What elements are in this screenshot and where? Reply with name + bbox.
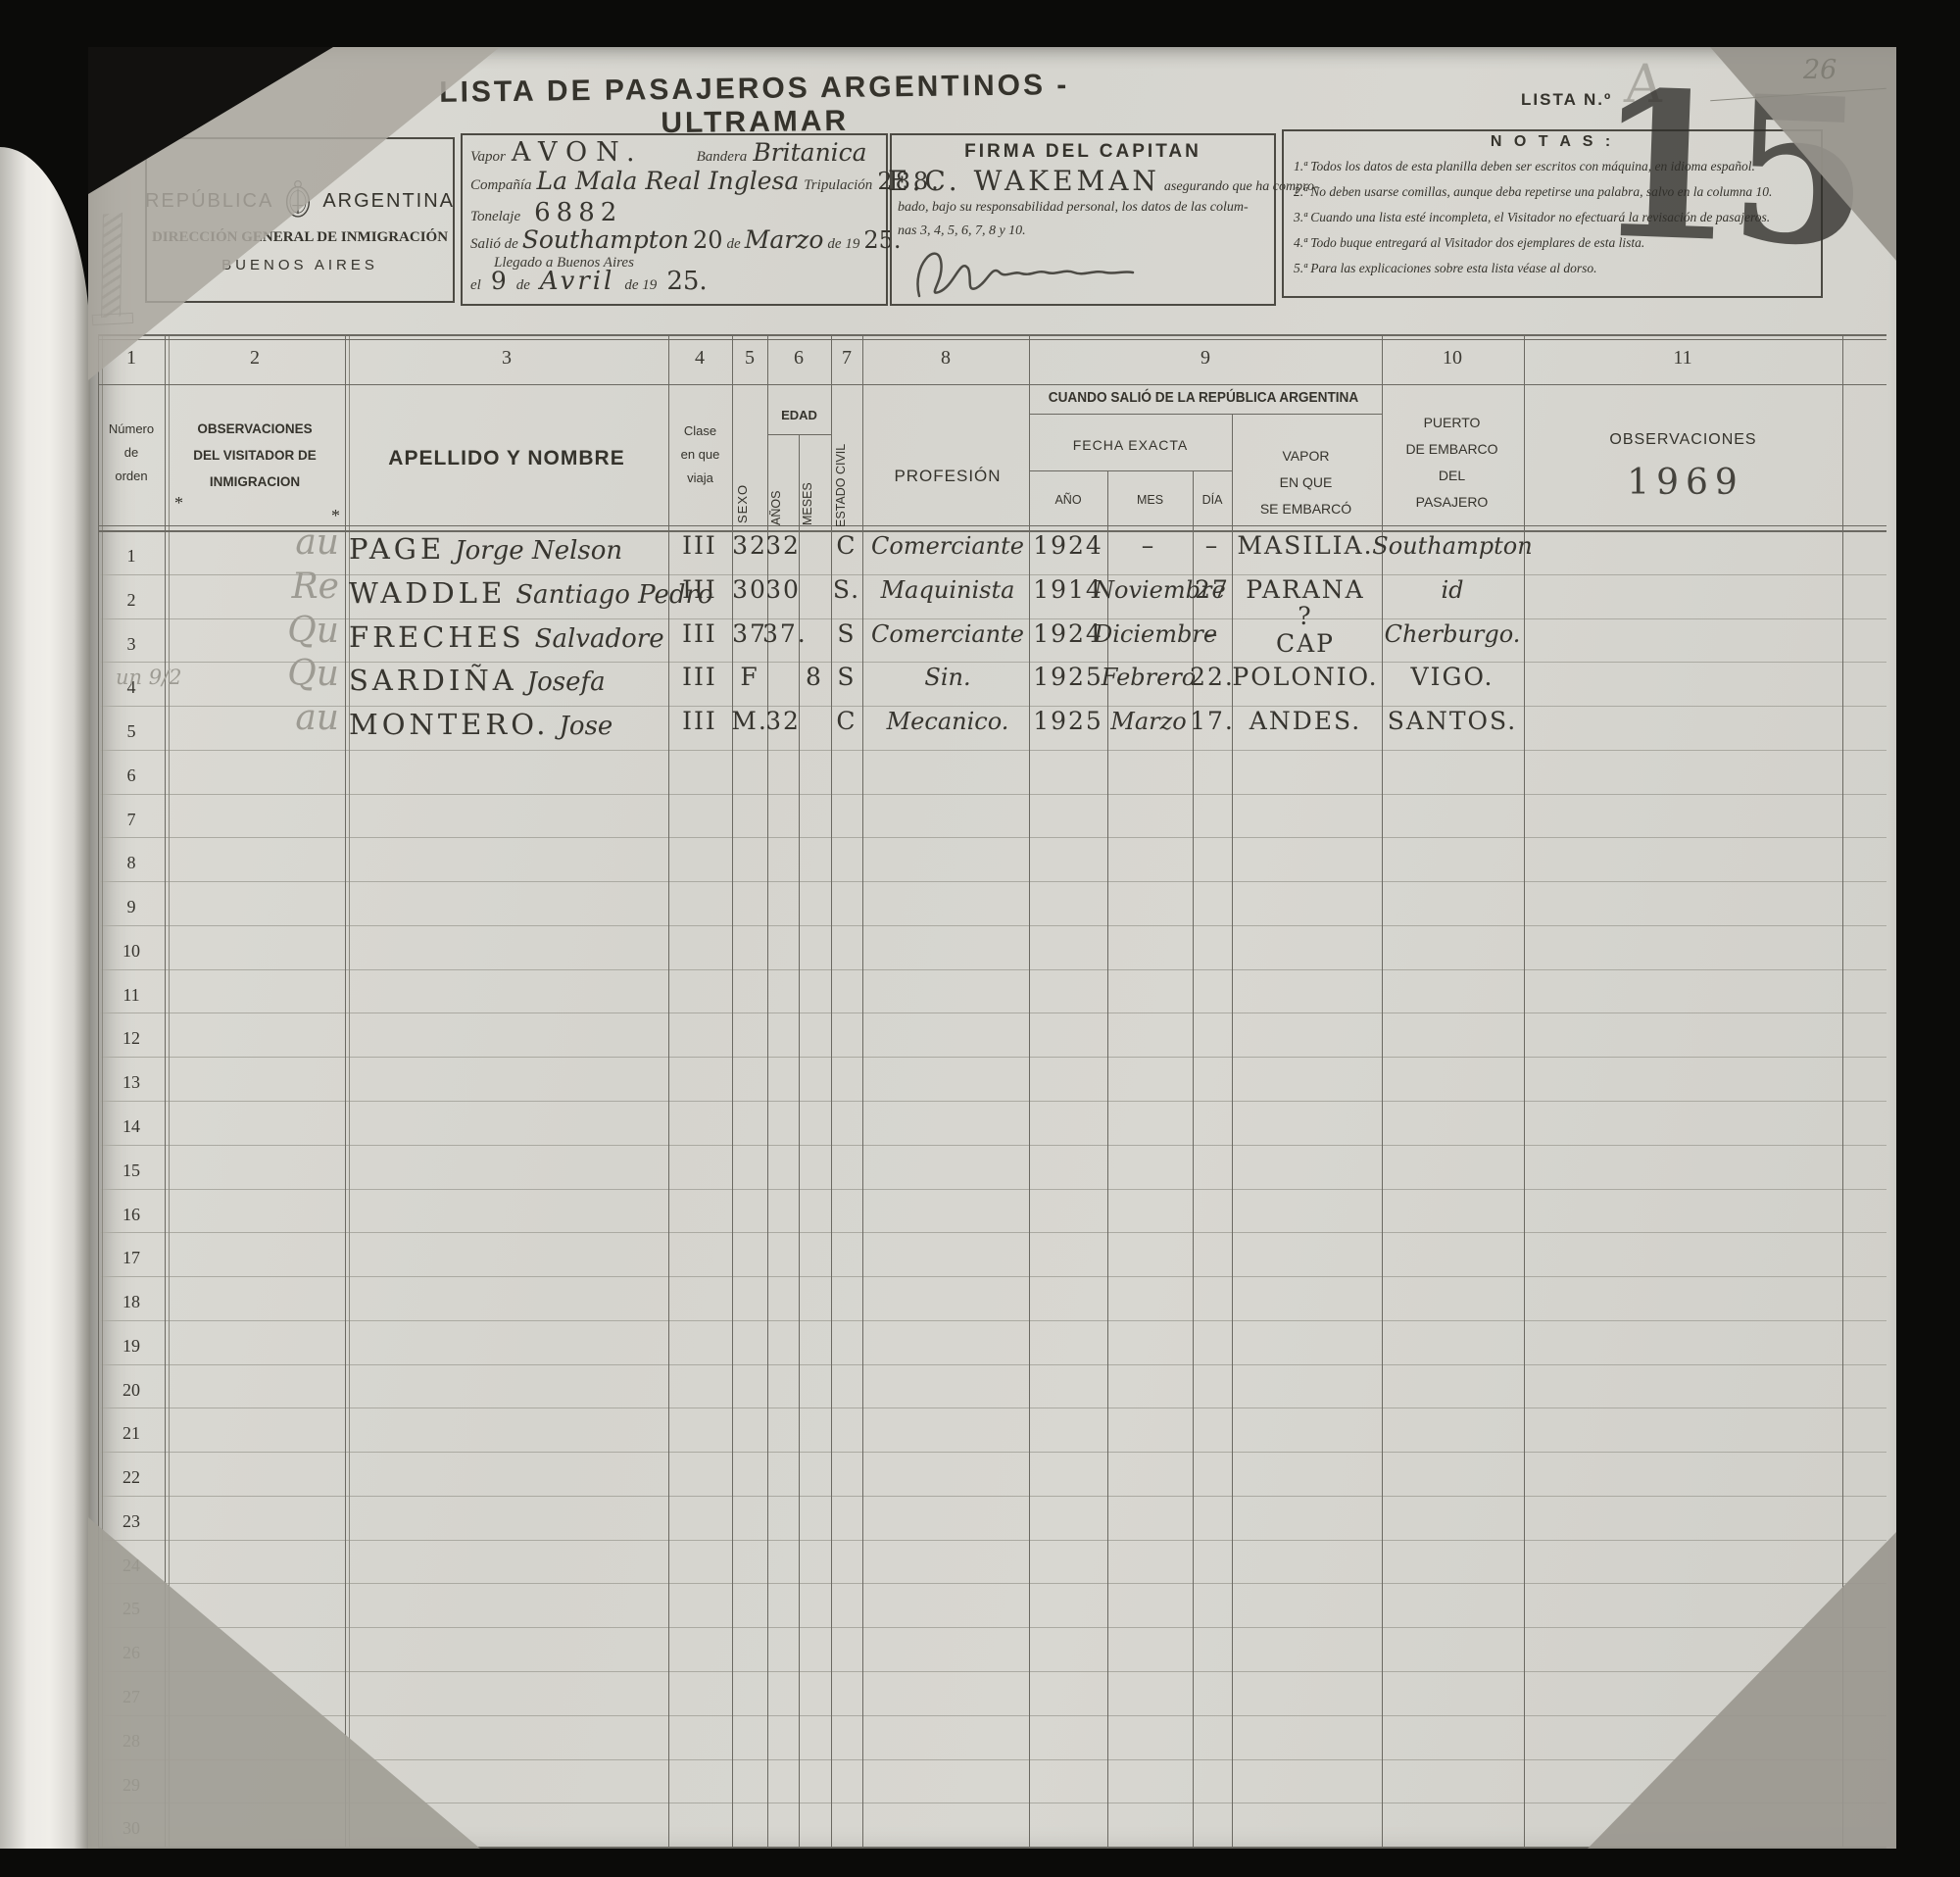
table-vertical-line — [668, 334, 669, 1847]
ship-info-box: Vapor AVON. Bandera Britanica Compañía L… — [461, 133, 888, 306]
llegada-month-value: Avril — [540, 267, 614, 296]
header-numero-orden: Número de orden — [98, 418, 165, 488]
table-row-line — [98, 1496, 1886, 1497]
table-row-line — [98, 1013, 1886, 1013]
table-header-subline — [1029, 470, 1232, 471]
row-number: 20 — [98, 1380, 165, 1401]
table-row-line — [98, 1408, 1886, 1408]
table-row-line — [98, 706, 1886, 707]
column-number-label: 8 — [921, 347, 970, 370]
entry-puerto: Southampton — [1345, 532, 1560, 560]
entry-profesion: Sin. — [864, 664, 1031, 691]
bandera-value: Britanica — [753, 138, 866, 167]
table-vertical-line — [831, 334, 832, 1847]
page-title: LISTA DE PASAJEROS ARGENTINOS - ULTRAMAR — [421, 69, 1089, 143]
tonelaje-label: Tonelaje — [470, 209, 520, 225]
captain-statement-2: bado, bajo su responsabilidad personal, … — [898, 200, 1249, 216]
header-sexo: SEXO — [735, 439, 764, 523]
table-row-line — [98, 1145, 1886, 1146]
entry-anos: 37. — [762, 620, 804, 648]
vapor-label: Vapor — [470, 149, 506, 166]
captain-box-title: FIRMA DEL CAPITAN — [892, 141, 1274, 163]
table-row-line — [98, 1452, 1886, 1453]
header-dia: DÍA — [1193, 493, 1232, 507]
row-number: 3 — [98, 634, 165, 655]
table-header-subline — [767, 434, 831, 435]
row-number: 8 — [98, 853, 165, 873]
entry-name: FRECHESSalvadore — [349, 620, 664, 654]
row-number: 23 — [98, 1511, 165, 1532]
entry-surname: PAGE — [349, 532, 445, 566]
column-number-label: 7 — [822, 347, 871, 370]
entry-surname: MONTERO. — [349, 708, 550, 741]
captain-name-handwritten: E.C. WAKEMAN — [888, 165, 1160, 197]
entry-visitador-mark: au — [225, 698, 339, 738]
header-puerto-embarco: PUERTO DE EMBARCO DEL PASAJERO — [1380, 410, 1524, 516]
entry-given-name: Josefa — [527, 667, 606, 697]
header-observaciones: OBSERVACIONES — [1524, 431, 1842, 449]
entry-name: WADDLESantiago Pedro — [349, 576, 713, 610]
header-clase: Clase en que viaja — [668, 420, 732, 490]
entry-name: MONTERO.Jose — [349, 708, 612, 741]
row-number: 13 — [98, 1072, 165, 1093]
table-row-line — [98, 1364, 1886, 1365]
entry-estado: C — [826, 532, 867, 560]
table-row-line — [98, 618, 1886, 619]
entry-visitador-mark: Qu — [225, 654, 339, 694]
entry-surname: WADDLE — [349, 576, 506, 610]
header-cuando-salio: CUANDO SALIÓ DE LA REPÚBLICA ARGENTINA — [1036, 390, 1371, 406]
table-horizontal-line — [98, 525, 1886, 526]
salio-de19-label: de 19 — [827, 236, 859, 253]
llegada-year-value: 25. — [666, 267, 707, 296]
row-number: 9 — [98, 897, 165, 917]
header-estado-civil: ESTADO CIVIL — [834, 402, 861, 527]
row-number: 2 — [98, 590, 165, 611]
table-vertical-line — [767, 334, 768, 1847]
table-row-line — [98, 1189, 1886, 1190]
table-row-line — [98, 1057, 1886, 1058]
entry-sexo: F — [727, 664, 772, 691]
entry-anos: 32 — [762, 708, 804, 735]
row-number: 16 — [98, 1205, 165, 1225]
note-item-5: 5.ª Para las explicaciones sobre esta li… — [1294, 261, 1597, 276]
page-number-handwritten: 26 — [1803, 55, 1837, 85]
table-vertical-line — [1382, 334, 1383, 1847]
row-number: 22 — [98, 1467, 165, 1488]
entry-profesion: Maquinista — [864, 576, 1031, 604]
entry-clase: III — [671, 576, 728, 604]
bandera-label: Bandera — [697, 149, 748, 166]
entry-given-name: Jose — [560, 712, 613, 741]
row-number: 14 — [98, 1116, 165, 1137]
row-number: 6 — [98, 766, 165, 786]
column-number-label: 4 — [675, 347, 724, 370]
salio-month-value: Marzo — [745, 225, 824, 254]
compania-value: La Mala Real Inglesa — [537, 167, 800, 195]
entry-pencil-note: un 9/2 — [116, 666, 223, 689]
column-number-label: 6 — [774, 347, 823, 370]
table-row-line — [98, 1540, 1886, 1541]
entry-clase: III — [671, 708, 728, 735]
table-row-line — [98, 1320, 1886, 1321]
header-ano: AÑO — [1029, 493, 1107, 507]
header-vapor-embarco: VAPOR EN QUE SE EMBARCÓ — [1232, 443, 1380, 522]
row-number: 11 — [98, 985, 165, 1006]
header-profesion: PROFESIÓN — [866, 467, 1029, 486]
captain-box: FIRMA DEL CAPITAN E.C. WAKEMAN asegurand… — [890, 133, 1276, 306]
table-row-line — [98, 1583, 1886, 1584]
entry-surname: FRECHES — [349, 620, 525, 654]
salio-day-value: 20 — [693, 226, 723, 254]
table-row-line — [98, 794, 1886, 795]
entry-puerto: Cherburgo. — [1345, 620, 1560, 648]
entry-clase: III — [671, 620, 728, 648]
table-vertical-line — [1524, 334, 1525, 1847]
row-number: 7 — [98, 810, 165, 830]
row-number: 15 — [98, 1161, 165, 1181]
column-number-label: 5 — [725, 347, 774, 370]
table-row-line — [98, 574, 1886, 575]
table-header-subline — [1029, 414, 1382, 415]
table-row-line — [98, 1101, 1886, 1102]
entry-puerto: VIGO. — [1345, 664, 1560, 691]
entry-visitador-mark: Re — [225, 567, 339, 607]
row-number: 12 — [98, 1028, 165, 1049]
table-horizontal-line — [98, 384, 1886, 385]
entry-visitador-mark: Qu — [225, 611, 339, 651]
entry-given-name: Salvadore — [535, 624, 664, 654]
column-number-label: 9 — [1181, 347, 1230, 370]
row-number: 18 — [98, 1292, 165, 1312]
captain-signature — [909, 237, 1184, 305]
llegada-de19-label: de 19 — [624, 277, 657, 294]
entry-clase: III — [671, 532, 728, 560]
column-number-label: 2 — [230, 347, 279, 370]
entry-surname: SARDIÑA — [349, 664, 517, 697]
table-horizontal-line — [98, 334, 1886, 336]
table-row-line — [98, 750, 1886, 751]
llegada-el-label: el — [470, 277, 481, 294]
header-edad-group: EDAD — [767, 408, 831, 422]
column-number-label: 11 — [1658, 347, 1707, 370]
observaciones-number-stamp: 1969 — [1597, 463, 1774, 503]
row-number: 19 — [98, 1336, 165, 1357]
table-vertical-line — [1029, 334, 1030, 1847]
header-fecha-exacta: FECHA EXACTA — [1029, 437, 1232, 453]
entry-profesion: Comerciante — [864, 620, 1031, 648]
header-observaciones-visitador: OBSERVACIONES DEL VISITADOR DE INMIGRACI… — [165, 416, 345, 495]
header-col2-asterisk-left: * — [174, 493, 183, 514]
entry-anos: 32 — [762, 532, 804, 560]
entry-estado: C — [826, 708, 867, 735]
table-row-line — [98, 1671, 1886, 1672]
header-apellido-nombre: APELLIDO Y NOMBRE — [345, 447, 668, 470]
entry-given-name: Jorge Nelson — [455, 536, 622, 566]
table-vertical-line — [862, 334, 863, 1847]
entry-name: PAGEJorge Nelson — [349, 532, 622, 566]
table-row-line — [98, 837, 1886, 838]
table-horizontal-line — [98, 339, 1886, 340]
salio-label: Salió de — [470, 236, 518, 253]
entry-puerto: id — [1345, 576, 1560, 604]
table-vertical-line — [345, 334, 346, 1847]
row-number: 5 — [98, 721, 165, 742]
scanned-page: LISTA DE PASAJEROS ARGENTINOS - ULTRAMAR… — [88, 47, 1896, 1849]
table-row-line — [98, 925, 1886, 926]
salio-de-label: de — [727, 236, 741, 253]
llegada-day-value: 9 — [491, 267, 507, 295]
entry-clase: III — [671, 664, 728, 691]
row-number: 21 — [98, 1423, 165, 1444]
row-number: 17 — [98, 1248, 165, 1268]
table-row-line — [98, 1276, 1886, 1277]
entry-profesion: Mecanico. — [864, 708, 1031, 735]
table-row-line — [98, 969, 1886, 970]
header-mes: MES — [1107, 493, 1193, 507]
entry-visitador-mark: au — [225, 522, 339, 563]
argentina-label: ARGENTINA — [322, 190, 455, 213]
salio-port-value: Southampton — [522, 225, 689, 254]
entry-estado: S. — [826, 576, 867, 604]
table-row-line — [98, 1232, 1886, 1233]
table-vertical-line — [732, 334, 733, 1847]
header-meses: MESES — [801, 439, 828, 525]
entry-name: SARDIÑAJosefa — [349, 664, 606, 697]
entry-profesion: Comerciante — [864, 532, 1031, 560]
tripulacion-label: Tripulación — [804, 177, 872, 194]
table-row-line — [98, 881, 1886, 882]
entry-estado: S — [826, 620, 867, 648]
table-row-line — [98, 1715, 1886, 1716]
compania-label: Compañía — [470, 177, 532, 194]
column-number-label: 10 — [1428, 347, 1477, 370]
row-number: 1 — [98, 546, 165, 567]
tonelaje-value: 6882 — [534, 198, 622, 227]
book-previous-page-edge — [0, 147, 90, 1849]
entry-anos: 30 — [762, 576, 804, 604]
column-number-label: 3 — [482, 347, 531, 370]
entry-estado: S — [826, 664, 867, 691]
entry-puerto: SANTOS. — [1345, 708, 1560, 735]
llegada-de-label: de — [516, 277, 530, 294]
photo-corner-bottom-right — [1588, 1532, 1896, 1849]
header-anos: AÑOS — [769, 441, 797, 525]
row-number: 10 — [98, 941, 165, 962]
table-row-line — [98, 1627, 1886, 1628]
vapor-value: AVON. — [512, 137, 644, 168]
